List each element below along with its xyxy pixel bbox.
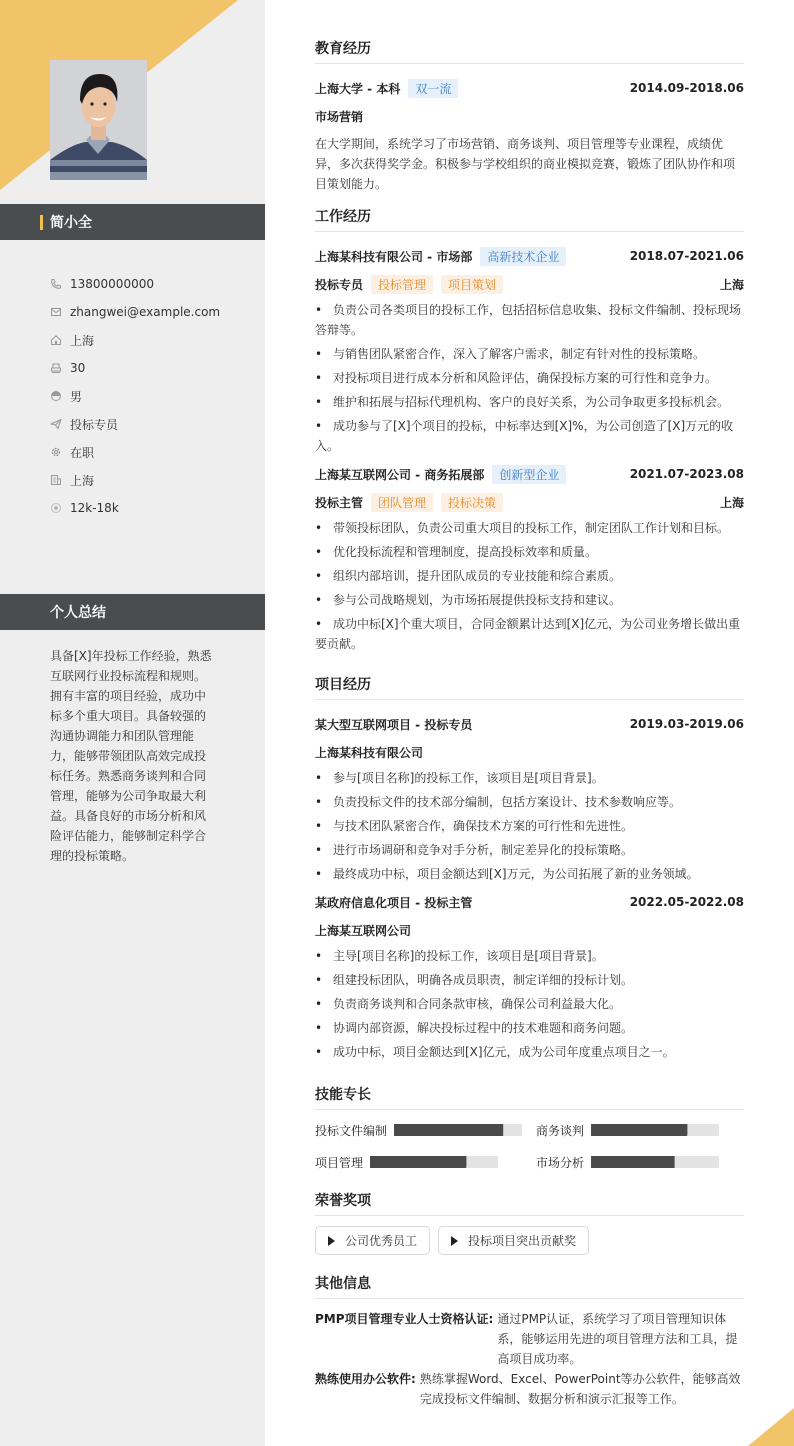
- decorative-corner-triangle: [748, 1408, 794, 1446]
- job-date: 2018.07-2021.06: [630, 249, 744, 263]
- project-header-row: 某政府信息化项目 - 投标主管 2022.05-2022.08: [315, 888, 744, 916]
- bullet-icon: [315, 768, 333, 788]
- bullet-icon: [315, 300, 333, 320]
- skill-item: 项目管理: [315, 1152, 536, 1172]
- skill-tag: 投标决策: [441, 493, 503, 512]
- skill-tag: 投标管理: [371, 275, 433, 294]
- other-value: 熟练掌握Word、Excel、PowerPoint等办公软件，能够高效完成投标文…: [420, 1369, 744, 1409]
- list-item: 与技术团队紧密合作，确保技术方案的可行性和先进性。: [315, 816, 744, 836]
- contact-age: 30: [50, 354, 260, 382]
- paper-plane-icon: [50, 418, 62, 430]
- list-item: 组织内部培训，提升团队成员的专业技能和综合素质。: [315, 566, 744, 586]
- other-value: 通过PMP认证，系统学习了项目管理知识体系，能够运用先进的项目管理方法和工具，提…: [497, 1309, 744, 1369]
- name-header: 简小全: [0, 204, 265, 240]
- contact-value: 男: [70, 388, 82, 405]
- contact-value: 13800000000: [70, 277, 154, 291]
- job-position: 投标专员: [315, 276, 363, 293]
- skill-item: 商务谈判: [536, 1120, 744, 1140]
- section-title-awards: 荣誉奖项: [315, 1190, 744, 1216]
- age-icon: [50, 362, 62, 374]
- skills-section: 技能专长 投标文件编制 商务谈判 项目管理 市场分析: [315, 1084, 744, 1172]
- skill-bar: [591, 1124, 719, 1136]
- phone-icon: [50, 278, 62, 290]
- list-item: 参与公司战略规划，为市场拓展提供投标支持和建议。: [315, 590, 744, 610]
- contact-phone: 13800000000: [50, 270, 260, 298]
- major: 市场营销: [315, 108, 363, 125]
- work-section: 工作经历 上海某科技有限公司 - 市场部 高新技术企业 2018.07-2021…: [315, 206, 744, 654]
- major-row: 市场营销: [315, 102, 744, 130]
- bullet-icon: [315, 590, 333, 610]
- section-title-projects: 项目经历: [315, 674, 744, 700]
- awards-section: 荣誉奖项 公司优秀员工 投标项目突出贡献奖: [315, 1190, 744, 1255]
- skill-label: 市场分析: [536, 1154, 584, 1171]
- contact-status: 在职: [50, 438, 260, 466]
- list-item: 成功参与了[X]个项目的投标，中标率达到[X]%，为公司创造了[X]万元的收入。: [315, 416, 744, 456]
- skill-bar: [394, 1124, 522, 1136]
- project-entry: 某政府信息化项目 - 投标主管 2022.05-2022.08 上海某互联网公司…: [315, 888, 744, 1062]
- job-city: 上海: [720, 494, 744, 511]
- contact-value: 上海: [70, 332, 94, 349]
- award-badge: 公司优秀员工: [315, 1226, 430, 1255]
- bullet-icon: [315, 1018, 333, 1038]
- summary-text: 具备[X]年投标工作经验，熟悉互联网行业投标流程和规则。拥有丰富的项目经验，成功…: [50, 646, 215, 866]
- skill-bar-fill: [370, 1156, 466, 1168]
- project-company: 上海某科技有限公司: [315, 744, 423, 761]
- project-date: 2019.03-2019.06: [630, 717, 744, 731]
- job-company: 上海某科技有限公司 - 市场部: [315, 248, 472, 265]
- main-content: 教育经历 上海大学 - 本科 双一流 2014.09-2018.06 市场营销 …: [315, 38, 744, 1409]
- awards-list: 公司优秀员工 投标项目突出贡献奖: [315, 1226, 744, 1255]
- contact-location: 上海: [50, 326, 260, 354]
- list-item: 参与[项目名称]的投标工作，该项目是[项目背景]。: [315, 768, 744, 788]
- play-icon: [451, 1236, 458, 1246]
- contact-value: 上海: [70, 472, 94, 489]
- skill-label: 商务谈判: [536, 1122, 584, 1139]
- skill-label: 投标文件编制: [315, 1122, 387, 1139]
- job-company: 上海某互联网公司 - 商务拓展部: [315, 466, 484, 483]
- skill-bar-fill: [591, 1156, 675, 1168]
- list-item: 负责商务谈判和合同条款审核，确保公司利益最大化。: [315, 994, 744, 1014]
- job-position-row: 投标主管 团队管理 投标决策 上海: [315, 488, 744, 516]
- skill-bar-fill: [394, 1124, 503, 1136]
- job-bullets: 负责公司各类项目的投标工作，包括招标信息收集、投标文件编制、投标现场答辩等。 与…: [315, 300, 744, 456]
- contact-value: 30: [70, 361, 85, 375]
- project-bullets: 主导[项目名称]的投标工作，该项目是[项目背景]。 组建投标团队，明确各成员职责…: [315, 946, 744, 1062]
- school-name: 上海大学 - 本科: [315, 80, 400, 97]
- company-tag: 高新技术企业: [480, 247, 566, 266]
- job-date: 2021.07-2023.08: [630, 467, 744, 481]
- project-entry: 某大型互联网项目 - 投标专员 2019.03-2019.06 上海某科技有限公…: [315, 710, 744, 884]
- other-item: 熟练使用办公软件: 熟练掌握Word、Excel、PowerPoint等办公软件…: [315, 1369, 744, 1409]
- salary-icon: [50, 502, 62, 514]
- gender-icon: [50, 390, 62, 402]
- building-icon: [50, 474, 62, 486]
- skill-item: 投标文件编制: [315, 1120, 536, 1140]
- skill-item: 市场分析: [536, 1152, 744, 1172]
- list-item: 协调内部资源，解决投标过程中的技术难题和商务问题。: [315, 1018, 744, 1038]
- school-tag: 双一流: [408, 79, 458, 98]
- list-item: 负责投标文件的技术部分编制，包括方案设计、技术参数响应等。: [315, 792, 744, 812]
- project-name: 某大型互联网项目 - 投标专员: [315, 716, 472, 733]
- contact-gender: 男: [50, 382, 260, 410]
- list-item: 进行市场调研和竞争对手分析，制定差异化的投标策略。: [315, 840, 744, 860]
- contact-value: zhangwei@example.com: [70, 305, 220, 319]
- bullet-icon: [315, 816, 333, 836]
- job-entry: 上海某科技有限公司 - 市场部 高新技术企业 2018.07-2021.06 投…: [315, 242, 744, 456]
- job-position: 投标主管: [315, 494, 363, 511]
- other-key: PMP项目管理专业人士资格认证:: [315, 1309, 493, 1369]
- job-bullets: 带领投标团队，负责公司重大项目的投标工作，制定团队工作计划和目标。 优化投标流程…: [315, 518, 744, 654]
- bullet-icon: [315, 614, 333, 634]
- bullet-icon: [315, 542, 333, 562]
- skill-tag: 项目策划: [441, 275, 503, 294]
- bullet-icon: [315, 1042, 333, 1062]
- contact-value: 投标专员: [70, 416, 118, 433]
- education-header-row: 上海大学 - 本科 双一流 2014.09-2018.06: [315, 74, 744, 102]
- job-header-row: 上海某科技有限公司 - 市场部 高新技术企业 2018.07-2021.06: [315, 242, 744, 270]
- project-name: 某政府信息化项目 - 投标主管: [315, 894, 472, 911]
- list-item: 优化投标流程和管理制度，提高投标效率和质量。: [315, 542, 744, 562]
- candidate-name: 简小全: [50, 212, 92, 232]
- section-title-other: 其他信息: [315, 1273, 744, 1299]
- project-date: 2022.05-2022.08: [630, 895, 744, 909]
- contact-value: 12k-18k: [70, 501, 119, 515]
- contact-position: 投标专员: [50, 410, 260, 438]
- home-icon: [50, 334, 62, 346]
- bullet-icon: [315, 840, 333, 860]
- list-item: 组建投标团队，明确各成员职责，制定详细的投标计划。: [315, 970, 744, 990]
- job-position-row: 投标专员 投标管理 项目策划 上海: [315, 270, 744, 298]
- summary-title: 个人总结: [50, 602, 106, 622]
- projects-section: 项目经历 某大型互联网项目 - 投标专员 2019.03-2019.06 上海某…: [315, 674, 744, 1062]
- education-description: 在大学期间，系统学习了市场营销、商务谈判、项目管理等专业课程，成绩优异，多次获得…: [315, 134, 744, 194]
- avatar: [50, 60, 147, 180]
- other-item: PMP项目管理专业人士资格认证: 通过PMP认证，系统学习了项目管理知识体系，能…: [315, 1309, 744, 1369]
- mail-icon: [50, 306, 62, 318]
- list-item: 维护和拓展与招标代理机构、客户的良好关系，为公司争取更多投标机会。: [315, 392, 744, 412]
- skills-grid: 投标文件编制 商务谈判 项目管理 市场分析: [315, 1120, 744, 1172]
- list-item: 成功中标[X]个重大项目，合同金额累计达到[X]亿元，为公司业务增长做出重要贡献…: [315, 614, 744, 654]
- other-list: PMP项目管理专业人士资格认证: 通过PMP认证，系统学习了项目管理知识体系，能…: [315, 1309, 744, 1409]
- other-section: 其他信息 PMP项目管理专业人士资格认证: 通过PMP认证，系统学习了项目管理知…: [315, 1273, 744, 1409]
- award-badge: 投标项目突出贡献奖: [438, 1226, 589, 1255]
- contact-email: zhangwei@example.com: [50, 298, 260, 326]
- list-item: 对投标项目进行成本分析和风险评估，确保投标方案的可行性和竞争力。: [315, 368, 744, 388]
- bullet-icon: [315, 344, 333, 364]
- bullet-icon: [315, 368, 333, 388]
- contact-salary: 12k-18k: [50, 494, 260, 522]
- job-city: 上海: [720, 276, 744, 293]
- list-item: 带领投标团队，负责公司重大项目的投标工作，制定团队工作计划和目标。: [315, 518, 744, 538]
- sidebar: 简小全 13800000000 zhangwei@example.com 上海 …: [0, 0, 265, 1446]
- skill-label: 项目管理: [315, 1154, 363, 1171]
- bullet-icon: [315, 792, 333, 812]
- education-date: 2014.09-2018.06: [630, 81, 744, 95]
- bullet-icon: [315, 864, 333, 884]
- project-header-row: 某大型互联网项目 - 投标专员 2019.03-2019.06: [315, 710, 744, 738]
- job-entry: 上海某互联网公司 - 商务拓展部 创新型企业 2021.07-2023.08 投…: [315, 460, 744, 654]
- bullet-icon: [315, 392, 333, 412]
- list-item: 最终成功中标，项目金额达到[X]万元，为公司拓展了新的业务领域。: [315, 864, 744, 884]
- list-item: 与销售团队紧密合作，深入了解客户需求，制定有针对性的投标策略。: [315, 344, 744, 364]
- summary-header: 个人总结: [0, 594, 265, 630]
- name-accent-bar: [40, 215, 43, 230]
- list-item: 成功中标，项目金额达到[X]亿元，成为公司年度重点项目之一。: [315, 1042, 744, 1062]
- project-company: 上海某互联网公司: [315, 922, 411, 939]
- job-header-row: 上海某互联网公司 - 商务拓展部 创新型企业 2021.07-2023.08: [315, 460, 744, 488]
- contact-list: 13800000000 zhangwei@example.com 上海 30 男…: [50, 270, 260, 522]
- list-item: 负责公司各类项目的投标工作，包括招标信息收集、投标文件编制、投标现场答辩等。: [315, 300, 744, 340]
- project-company-row: 上海某互联网公司: [315, 916, 744, 944]
- skill-bar-fill: [591, 1124, 687, 1136]
- contact-work-city: 上海: [50, 466, 260, 494]
- play-icon: [328, 1236, 335, 1246]
- project-company-row: 上海某科技有限公司: [315, 738, 744, 766]
- bullet-icon: [315, 946, 333, 966]
- skill-bar: [591, 1156, 719, 1168]
- bullet-icon: [315, 970, 333, 990]
- education-section: 教育经历 上海大学 - 本科 双一流 2014.09-2018.06 市场营销 …: [315, 38, 744, 194]
- section-title-education: 教育经历: [315, 38, 744, 64]
- project-bullets: 参与[项目名称]的投标工作，该项目是[项目背景]。 负责投标文件的技术部分编制，…: [315, 768, 744, 884]
- list-item: 主导[项目名称]的投标工作，该项目是[项目背景]。: [315, 946, 744, 966]
- bullet-icon: [315, 416, 333, 436]
- section-title-work: 工作经历: [315, 206, 744, 232]
- other-key: 熟练使用办公软件:: [315, 1369, 416, 1409]
- bullet-icon: [315, 518, 333, 538]
- skill-bar: [370, 1156, 498, 1168]
- section-title-skills: 技能专长: [315, 1084, 744, 1110]
- skill-tag: 团队管理: [371, 493, 433, 512]
- gear-icon: [50, 446, 62, 458]
- bullet-icon: [315, 994, 333, 1014]
- contact-value: 在职: [70, 444, 94, 461]
- company-tag: 创新型企业: [492, 465, 566, 484]
- bullet-icon: [315, 566, 333, 586]
